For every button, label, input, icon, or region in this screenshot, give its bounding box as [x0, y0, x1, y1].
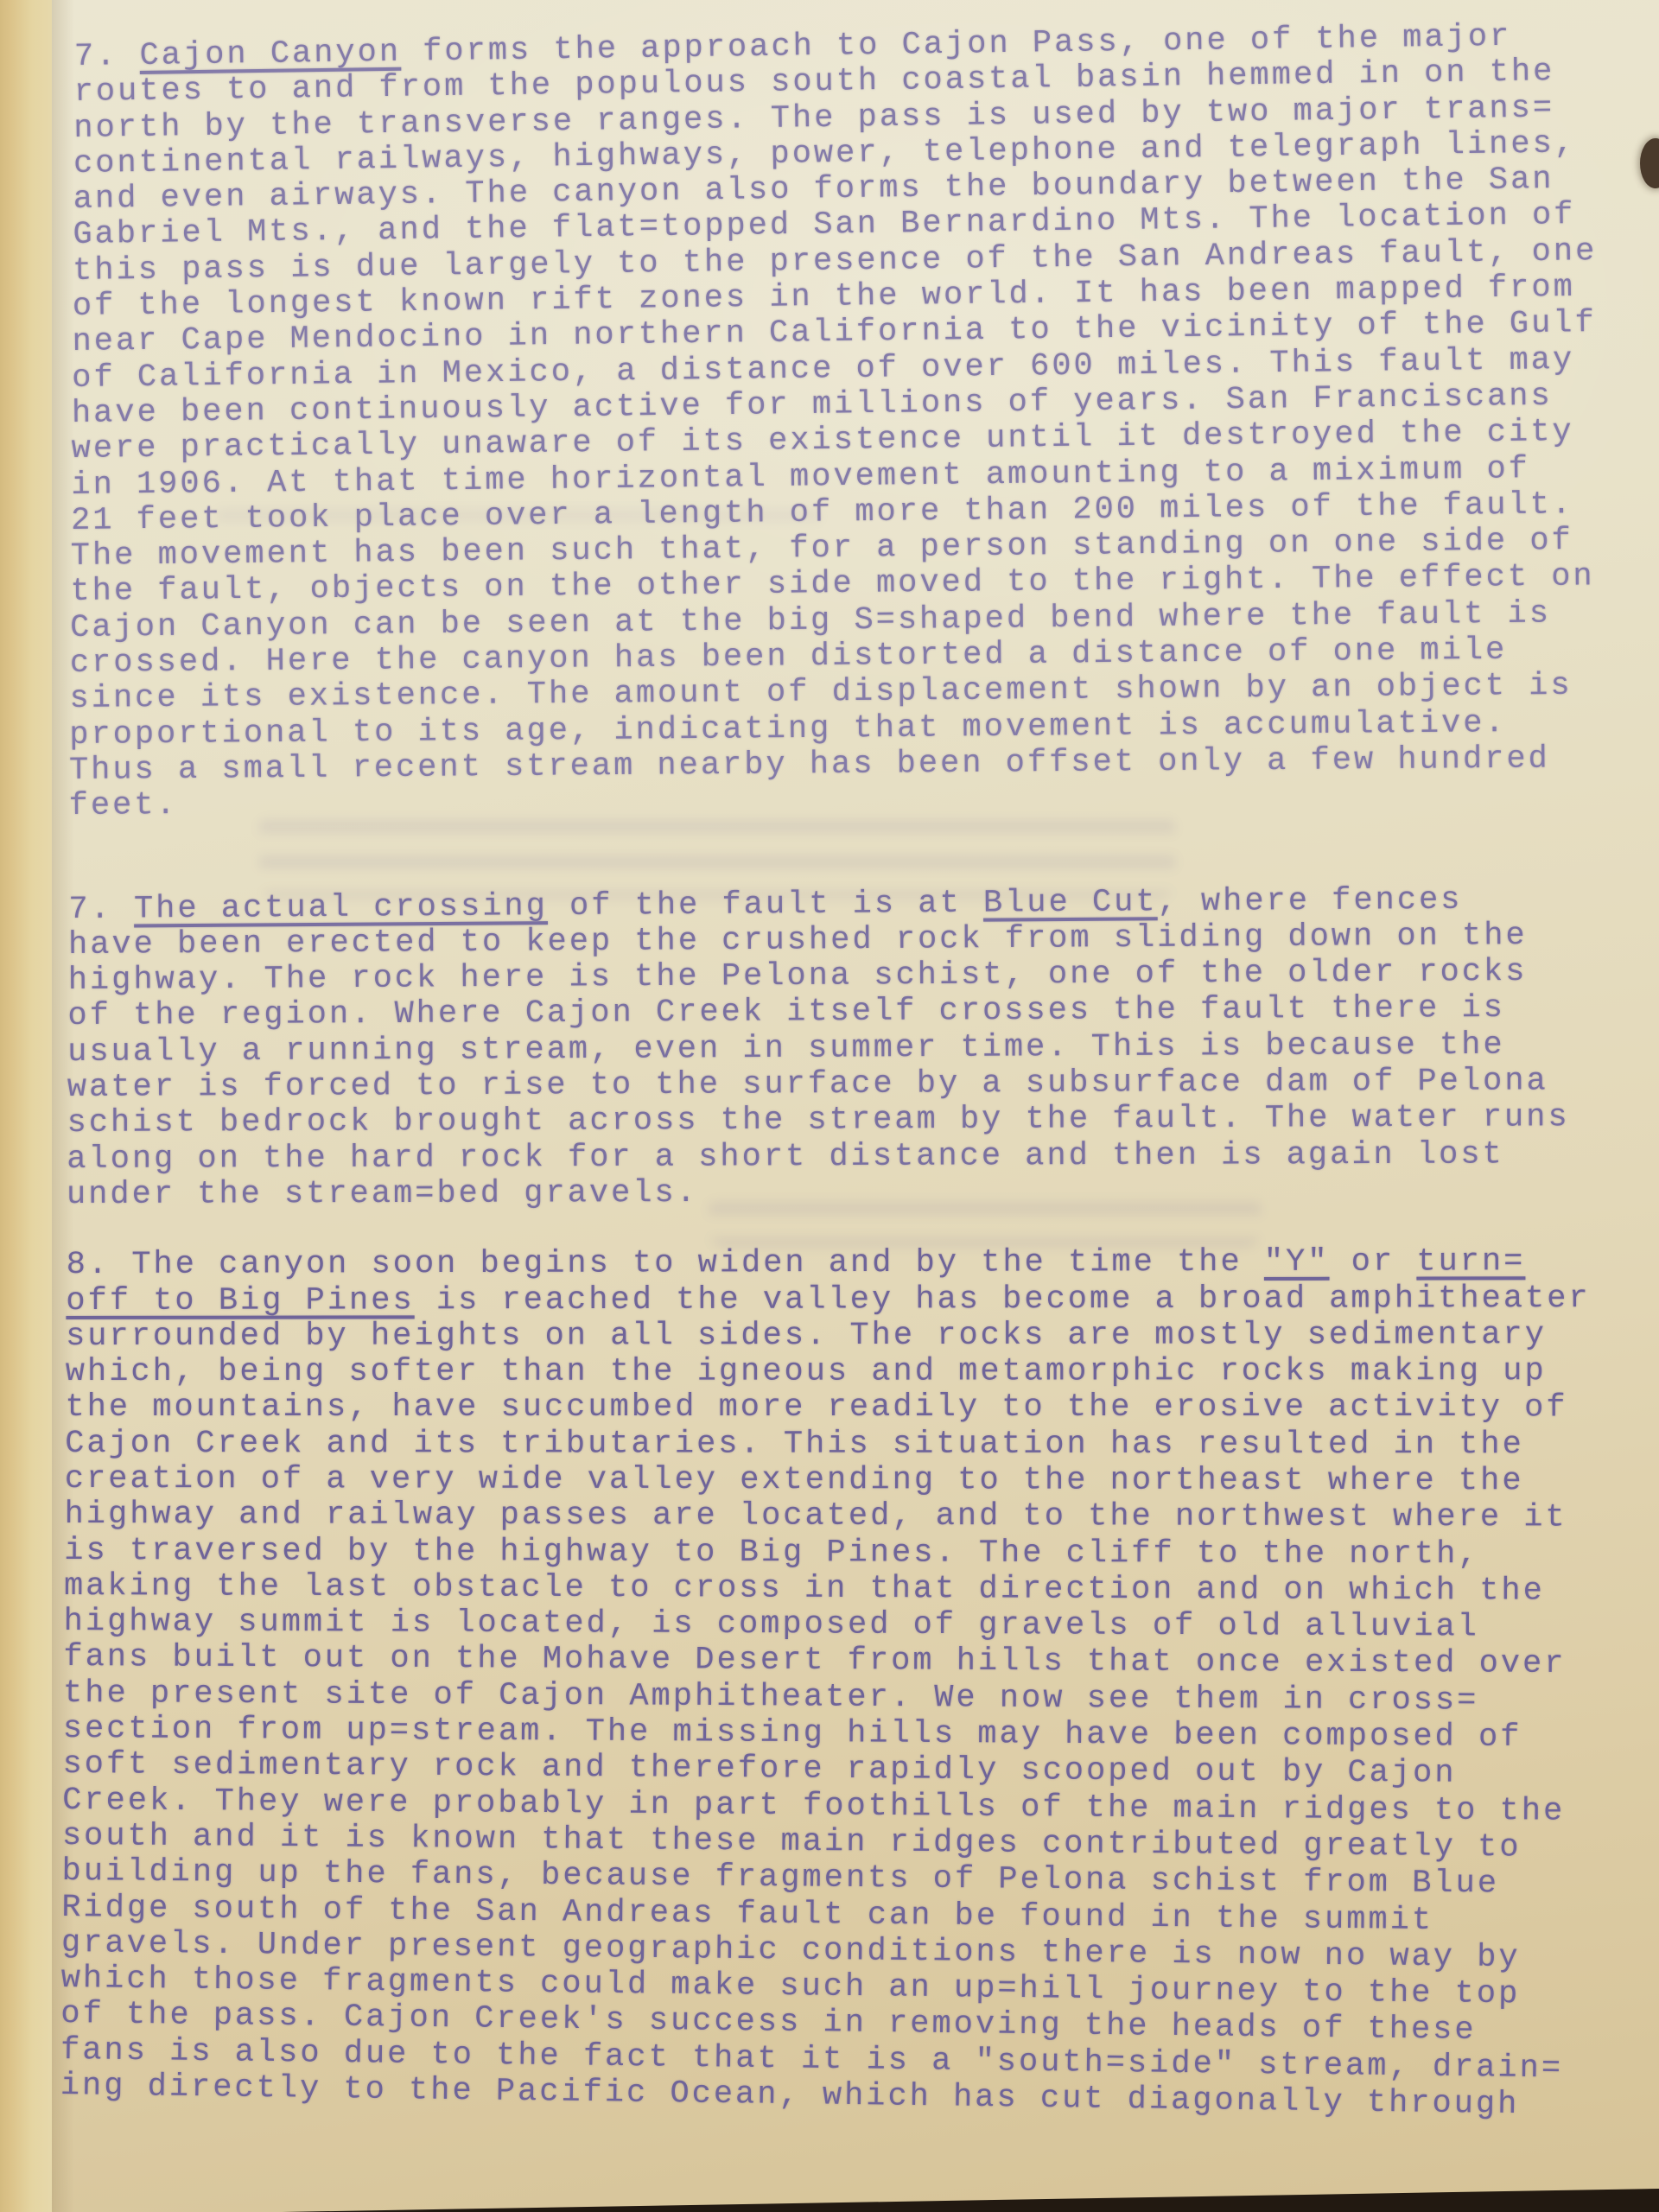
text-run: surrounded by heights on all sides. The … — [66, 1317, 1547, 1355]
paragraph: 7. The actual crossing of the fault is a… — [74, 893, 1630, 1214]
text-run: of the fault is at — [548, 885, 983, 924]
underlined-text: The actual crossing — [134, 888, 548, 927]
text-line: off to Big Pines is reached the valley h… — [66, 1281, 1621, 1319]
paragraph: 8. The canyon soon begins to widen and b… — [74, 1248, 1630, 2104]
text-line: schist bedrock brought across the stream… — [67, 1100, 1623, 1141]
text-run: is traversed by the highway to Big Pines… — [64, 1533, 1479, 1573]
underlined-text: "Y" — [1264, 1244, 1330, 1281]
text-run: schist bedrock brought across the stream… — [67, 1100, 1570, 1142]
text-run: or — [1329, 1244, 1416, 1281]
text-run: highway and railway passes are located, … — [65, 1497, 1567, 1535]
text-line: which, being softer than the igneous and… — [66, 1354, 1621, 1390]
text-run: Cajon Creek and its tributaries. This si… — [65, 1426, 1524, 1463]
text-run: along on the hard rock for a short dista… — [67, 1136, 1504, 1178]
text-line: Cajon Creek and its tributaries. This si… — [65, 1427, 1620, 1464]
text-run: making the last obstacle to cross in tha… — [64, 1568, 1545, 1610]
text-line: under the stream=bed gravels. — [67, 1173, 1622, 1213]
text-run: the mountains, have succumbed more readi… — [65, 1389, 1567, 1426]
text-run: which, being softer than the igneous and… — [66, 1353, 1547, 1390]
page-left-edge — [0, 0, 52, 2212]
underlined-text: Cajon Canyon — [139, 35, 401, 74]
photo-bottom-edge — [0, 2186, 1659, 2212]
text-run: 7. — [68, 891, 134, 928]
underlined-text: Blue Cut — [983, 884, 1158, 921]
scanned-document-page: 7. Cajon Canyon forms the approach to Ca… — [0, 0, 1659, 2212]
text-run: is reached the valley has become a broad… — [415, 1281, 1591, 1319]
text-line: making the last obstacle to cross in tha… — [64, 1569, 1619, 1610]
text-line: creation of a very wide valley extending… — [65, 1462, 1620, 1500]
text-run: feet. — [69, 787, 178, 824]
text-line: highway and railway passes are located, … — [65, 1497, 1620, 1536]
paragraph: 7. Cajon Canyon forms the approach to Ca… — [74, 40, 1630, 825]
text-line: is traversed by the highway to Big Pines… — [64, 1534, 1619, 1573]
text-line: 8. The canyon soon begins to widen and b… — [67, 1244, 1622, 1283]
text-run: under the stream=bed gravels. — [67, 1175, 698, 1213]
text-run: , where fences — [1157, 881, 1462, 919]
text-run: 8. The canyon soon begins to widen and b… — [67, 1244, 1264, 1283]
underlined-text: turn= — [1416, 1243, 1525, 1280]
typewritten-text: 7. Cajon Canyon forms the approach to Ca… — [74, 40, 1630, 2104]
text-line: along on the hard rock for a short dista… — [67, 1137, 1622, 1178]
text-line: surrounded by heights on all sides. The … — [66, 1318, 1621, 1355]
binder-hole-shadow — [1640, 138, 1659, 188]
text-line: the mountains, have succumbed more readi… — [65, 1390, 1620, 1427]
underlined-text: off to Big Pines — [66, 1282, 414, 1319]
text-run: creation of a very wide valley extending… — [65, 1461, 1524, 1499]
text-run: 7. — [74, 38, 140, 75]
